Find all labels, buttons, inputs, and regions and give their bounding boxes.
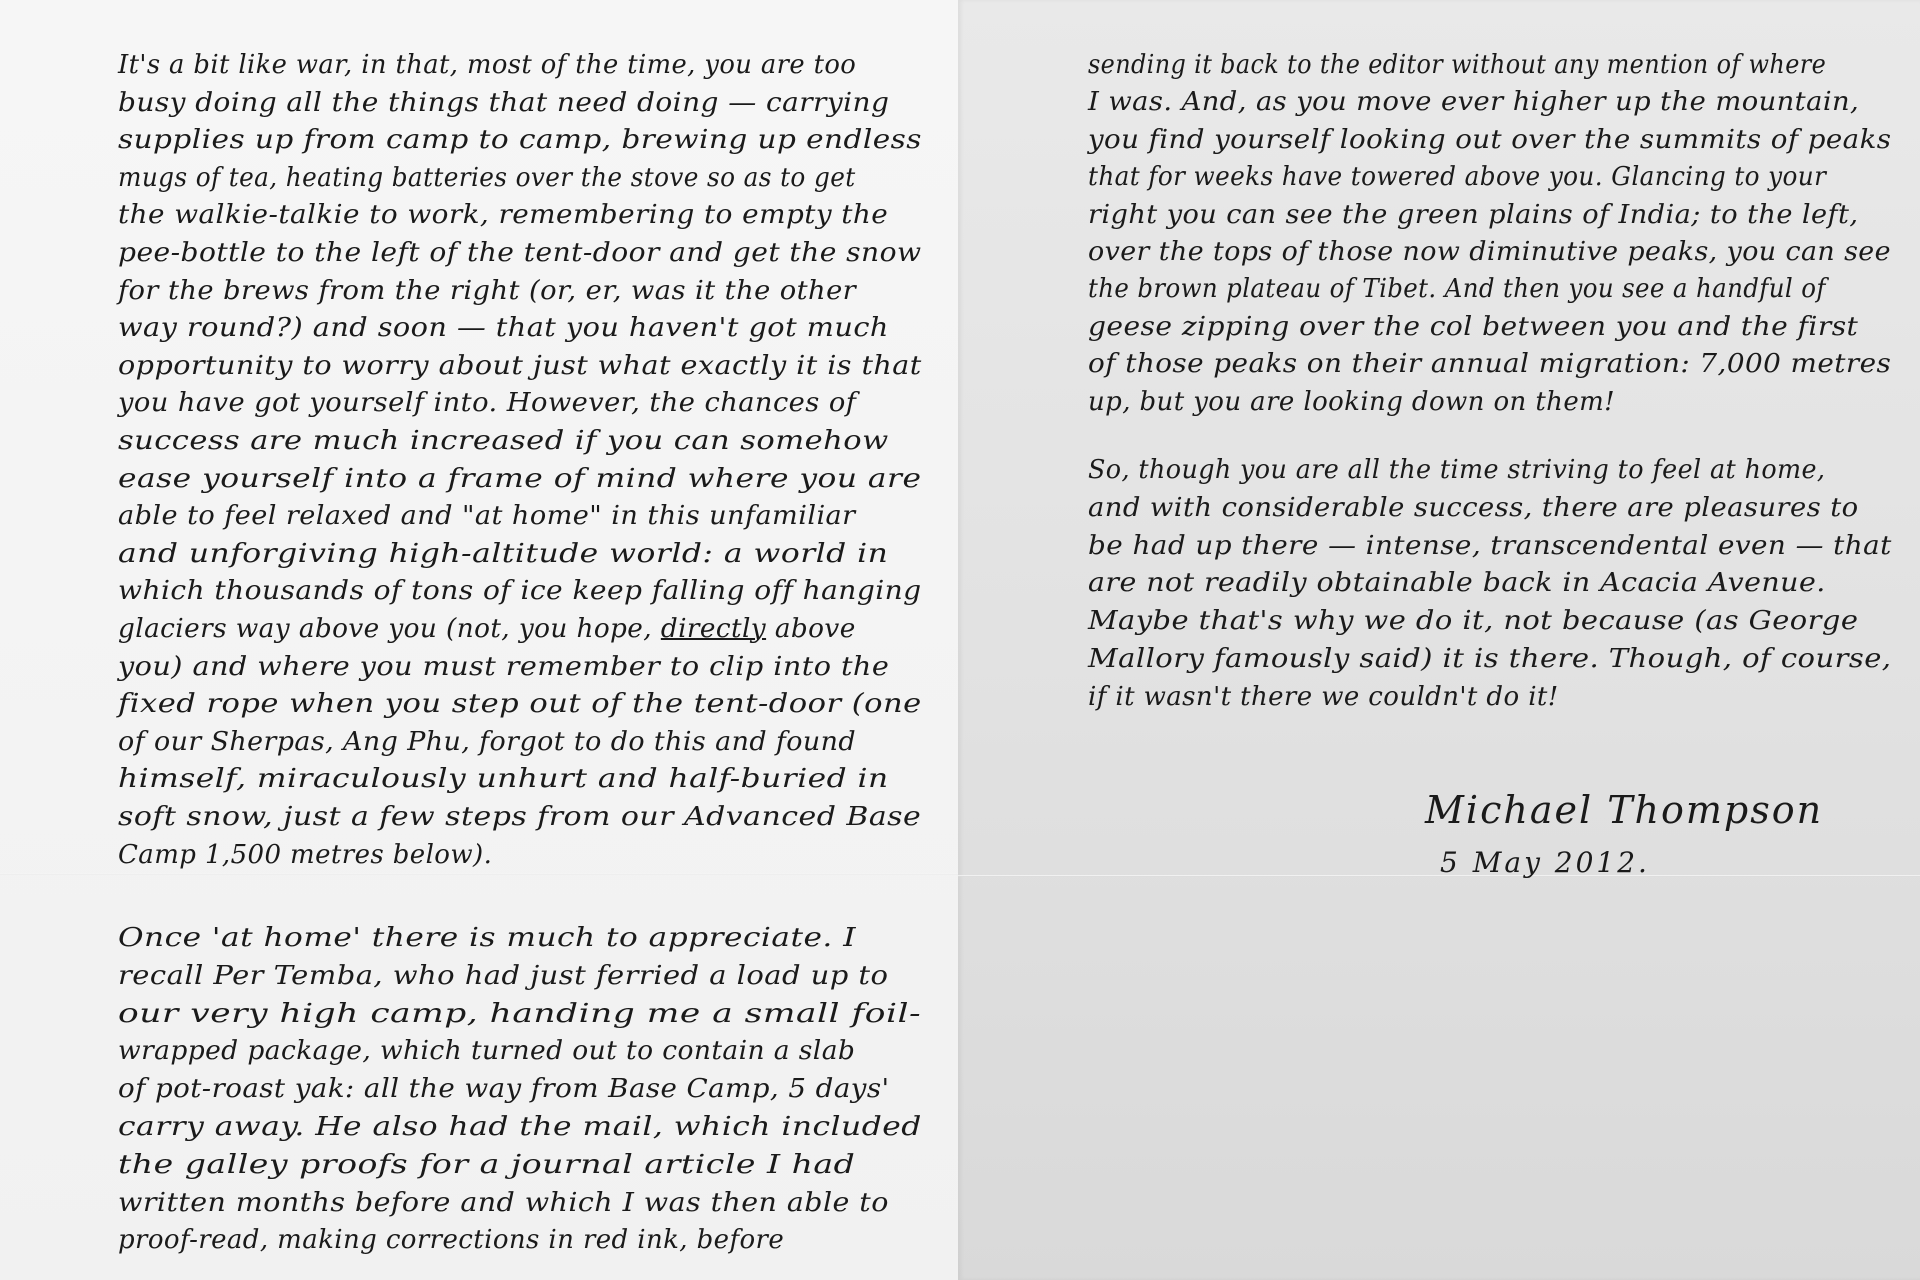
handwritten-line: recall Per Temba, who had just ferried a…	[118, 961, 888, 991]
handwritten-line: opportunity to worry about just what exa…	[118, 351, 922, 381]
handwritten-line: glaciers way above you (not, you hope, d…	[118, 614, 856, 644]
handwritten-line: ease yourself into a frame of mind where…	[118, 464, 921, 494]
handwritten-line: supplies up from camp to camp, brewing u…	[118, 125, 922, 155]
handwritten-line: able to feel relaxed and "at home" in th…	[118, 501, 856, 531]
handwritten-line: the brown plateau of Tibet. And then you…	[1088, 274, 1826, 304]
handwritten-line: mugs of tea, heating batteries over the …	[118, 163, 856, 193]
handwritten-line: you have got yourself into. However, the…	[118, 388, 856, 418]
paper-fold-line	[958, 875, 1920, 877]
handwritten-line: proof-read, making corrections in red in…	[118, 1225, 784, 1255]
handwritten-line: up, but you are looking down on them!	[1088, 387, 1615, 417]
handwritten-line: be had up there — intense, transcendenta…	[1088, 531, 1892, 561]
handwritten-line: himself, miraculously unhurt and half-bu…	[118, 764, 889, 794]
handwritten-line: busy doing all the things that need doin…	[118, 88, 889, 118]
handwritten-line: you) and where you must remember to clip…	[118, 652, 889, 682]
handwritten-line: Mallory famously said) it is there. Thou…	[1088, 644, 1891, 674]
handwritten-line: carry away. He also had the mail, which …	[118, 1112, 922, 1142]
handwritten-line: I was. And, as you move ever higher up t…	[1088, 87, 1859, 117]
handwritten-line: the walkie-talkie to work, remembering t…	[118, 200, 888, 230]
handwritten-line: that for weeks have towered above you. G…	[1088, 162, 1826, 192]
handwritten-line: So, though you are all the time striving…	[1088, 455, 1825, 485]
handwritten-line: of our Sherpas, Ang Phu, forgot to do th…	[118, 727, 856, 757]
handwritten-line: are not readily obtainable back in Acaci…	[1088, 568, 1826, 598]
handwritten-line: fixed rope when you step out of the tent…	[118, 689, 922, 719]
paper-fold-line	[0, 873, 958, 875]
handwritten-line: and with considerable success, there are…	[1088, 493, 1859, 523]
handwritten-line: geese zipping over the col between you a…	[1088, 312, 1858, 342]
handwritten-line: way round?) and soon — that you haven't …	[118, 313, 889, 343]
handwritten-line: It's a bit like war, in that, most of th…	[118, 50, 856, 80]
handwritten-line: Maybe that's why we do it, not because (…	[1088, 606, 1858, 636]
handwritten-line: of pot-roast yak: all the way from Base …	[118, 1074, 889, 1104]
handwritten-line: and unforgiving high-altitude world: a w…	[118, 539, 888, 569]
handwritten-line: of those peaks on their annual migration…	[1088, 349, 1891, 379]
handwritten-line: which thousands of tons of ice keep fall…	[118, 576, 922, 606]
handwritten-line: over the tops of those now diminutive pe…	[1088, 237, 1891, 267]
handwritten-line: right you can see the green plains of In…	[1088, 200, 1858, 230]
handwritten-line: you find yourself looking out over the s…	[1088, 125, 1891, 155]
handwritten-line: our very high camp, handing me a small f…	[118, 999, 921, 1029]
handwritten-line: pee-bottle to the left of the tent-door …	[118, 238, 921, 268]
handwritten-line: wrapped package, which turned out to con…	[118, 1036, 855, 1066]
signature: Michael Thompson	[1425, 788, 1823, 832]
handwritten-line: the galley proofs for a journal article …	[118, 1150, 855, 1180]
underlined-word: directly	[661, 614, 766, 644]
handwritten-line: for the brews from the right (or, er, wa…	[118, 276, 856, 306]
handwritten-line: soft snow, just a few steps from our Adv…	[118, 802, 921, 832]
letter-date: 5 May 2012.	[1440, 846, 1650, 879]
handwritten-line: if it wasn't there we couldn't do it!	[1088, 682, 1559, 712]
handwritten-line: Camp 1,500 metres below).	[118, 840, 492, 870]
handwritten-line: sending it back to the editor without an…	[1088, 50, 1826, 80]
handwritten-line: success are much increased if you can so…	[118, 426, 889, 456]
handwritten-line: written months before and which I was th…	[118, 1188, 889, 1218]
handwritten-line: Once 'at home' there is much to apprecia…	[118, 923, 856, 953]
